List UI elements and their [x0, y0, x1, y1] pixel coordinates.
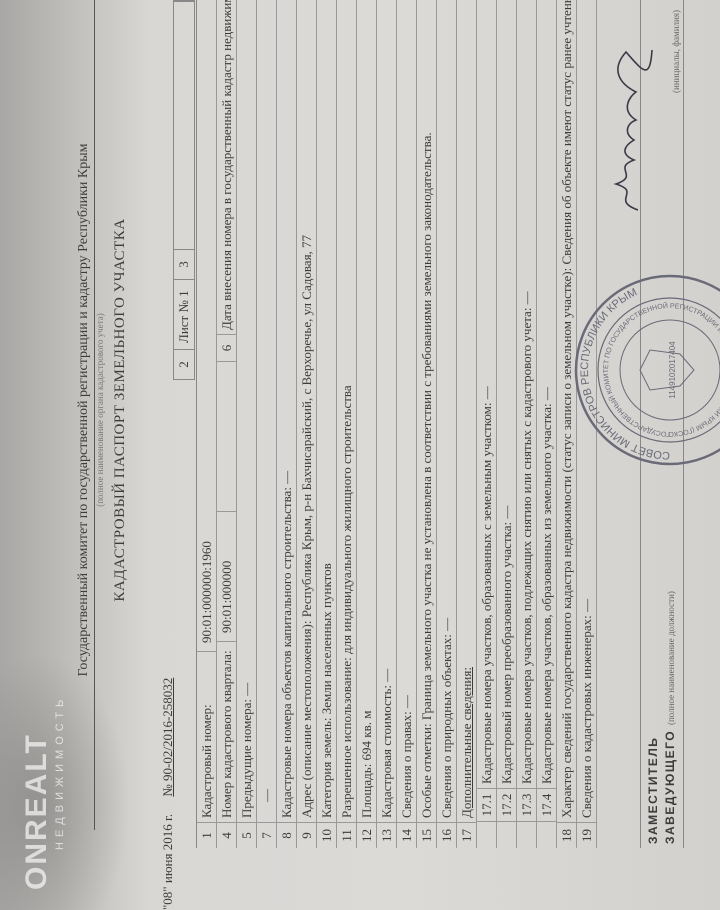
watermark-brand: ONREALT — [20, 630, 54, 890]
field-row-4: 4 Номер кадастрового квартала: 90:01:000… — [217, 0, 237, 848]
handwritten-signature — [590, 40, 660, 220]
sheet-field-num-3: 3 — [174, 249, 194, 279]
area: Площадь: 694 кв. м — [359, 0, 375, 822]
organization-note: (полное наименование органа кадастрового… — [95, 0, 105, 830]
additional-info: Дополнительные сведения: — [459, 0, 475, 822]
field-row-8: 8 Кадастровые номера объектов капитально… — [277, 0, 297, 848]
field-row-10: 10 Категория земель: Земли населенных пу… — [317, 0, 337, 848]
field-row-14: 14 Сведения о правах: — — [397, 0, 417, 848]
date-line: "08" июня 2016 г. № 90-02/2016-258032 — [160, 678, 176, 910]
field-label: Дата внесения номера в государственный к… — [219, 0, 235, 334]
field-row-12: 12 Площадь: 694 кв. м — [357, 0, 377, 848]
cadastral-number: 90:01:000000:1960 — [197, 0, 216, 652]
field-row-1: 1 Кадастровый номер: 90:01:000000:1960 — [197, 0, 217, 848]
sheet-field-num: 2 — [174, 349, 194, 379]
sheet-label: Лист № 1 — [174, 279, 194, 349]
signature-note: (инициалы, фамилия) — [671, 10, 681, 93]
sheet-box: 2 Лист № 1 3 — [173, 0, 195, 380]
field-row-11: 11 Разрешенное использование: для индиви… — [337, 0, 357, 848]
field-row-17-4: 17.4 Кадастровые номера участков, образо… — [537, 0, 557, 848]
field-row-13: 13 Кадастровая стоимость: — — [377, 0, 397, 848]
fields-table: 1 Кадастровый номер: 90:01:000000:1960 4… — [196, 0, 597, 848]
field-row-17-3: 17.3 Кадастровые номера участков, подлеж… — [517, 0, 537, 848]
field-label: Номер кадастрового квартала: — [219, 642, 235, 822]
field-row-5: 5 Предыдущие номера: — — [237, 0, 257, 848]
organization-name: Государственный комитет по государственн… — [76, 0, 95, 830]
watermark: ONREALT НЕДВИЖИМОСТЬ — [20, 630, 66, 890]
field-row-9: 9 Адрес (описание местоположения): Респу… — [297, 0, 317, 848]
cadastral-quarter: 90:01:000000 — [217, 512, 236, 642]
land-category: Категория земель: Земли населенных пункт… — [319, 0, 335, 822]
official-stamp: СОВЕТ МИНИСТРОВ РЕСПУБЛИКИ КРЫМ ГОСУДАРС… — [570, 270, 720, 470]
field-row-17: 17 Дополнительные сведения: — [457, 0, 477, 848]
registration-number: № 90-02/2016-258032 — [160, 678, 175, 797]
field-label: Кадастровый номер: — [199, 652, 215, 822]
natural-objects: Сведения о природных объектах: — — [439, 0, 455, 822]
permitted-use: Разрешенное использование: для индивидуа… — [339, 0, 355, 822]
issue-date: "08" июня 2016 г. — [160, 814, 175, 910]
special-notes: Особые отметки: Граница земельного участ… — [419, 0, 435, 822]
field-row-16: 16 Сведения о природных объектах: — — [437, 0, 457, 848]
field-row-15: 15 Особые отметки: Граница земельного уч… — [417, 0, 437, 848]
stamp-ogrn: 1149102017404 — [668, 341, 677, 399]
rights-info: Сведения о правах: — — [399, 0, 415, 822]
cadastral-passport-page: ONREALT НЕДВИЖИМОСТЬ Государственный ком… — [0, 0, 720, 910]
official-position: ЗАМЕСТИТЕЛЬ ЗАВЕДУЮЩЕГО (полное наименов… — [645, 591, 680, 844]
field-row-7: 7 — — [257, 0, 277, 848]
field-row-17-2: 17.2 Кадастровый номер преобразованного … — [497, 0, 517, 848]
field-row-17-1: 17.1 Кадастровые номера участков, образо… — [477, 0, 497, 848]
document-title: КАДАСТРОВЫЙ ПАСПОРТ ЗЕМЕЛЬНОГО УЧАСТКА — [112, 0, 129, 830]
cadastral-value: Кадастровая стоимость: — — [379, 0, 395, 822]
watermark-subtitle: НЕДВИЖИМОСТЬ — [54, 630, 66, 850]
address: Адрес (описание местоположения): Республ… — [299, 0, 315, 822]
